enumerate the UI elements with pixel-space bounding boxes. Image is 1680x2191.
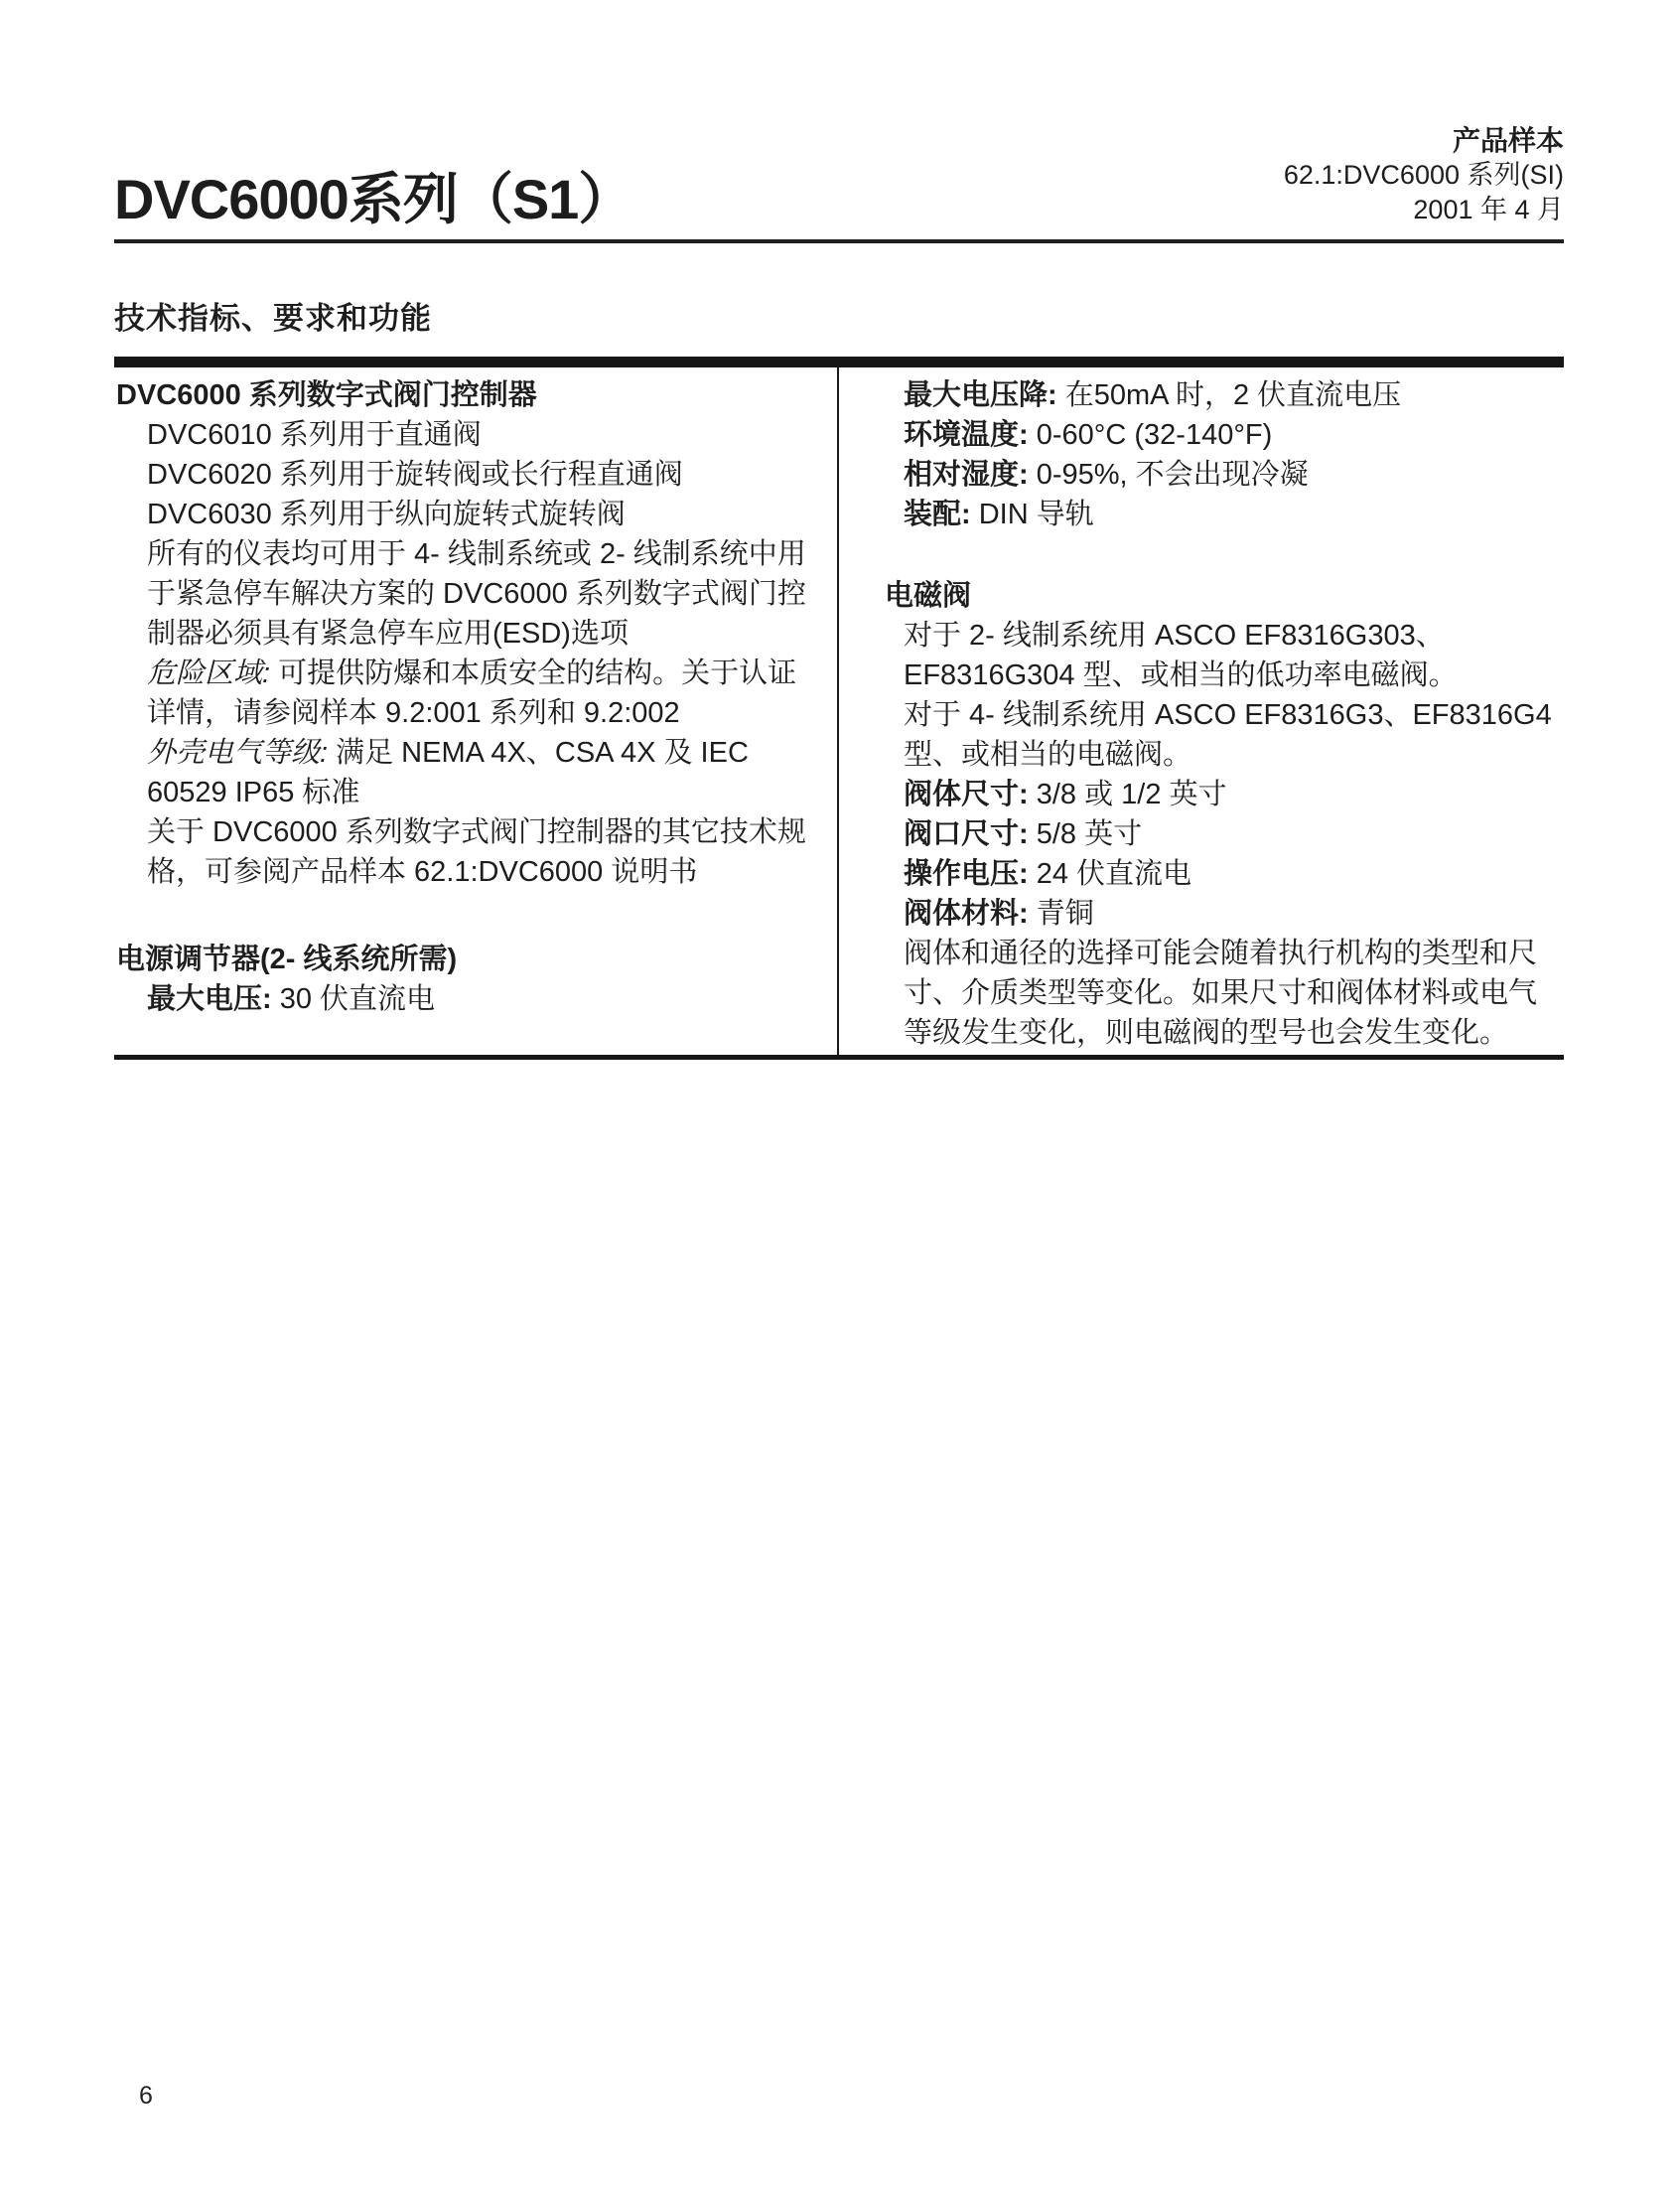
hazardous-area-label: 危险区域: bbox=[147, 657, 270, 689]
left-column: DVC6000 系列数字式阀门控制器 DVC6010 系列用于直通阀 DVC60… bbox=[114, 367, 837, 1055]
line-dvc6020: DVC6020 系列用于旋转阀或长行程直通阀 bbox=[147, 455, 815, 495]
spec-ambient-temperature: 环境温度: 0-60°C (32-140°F) bbox=[904, 415, 1564, 455]
para-valve-selection-note: 阀体和通径的选择可能会随着执行机构的类型和尺寸、介质类型等变化。如果尺寸和阀体材… bbox=[904, 934, 1564, 1053]
housing-rating-label: 外壳电气等级: bbox=[147, 737, 328, 769]
valve-body-material-label: 阀体材料: bbox=[904, 898, 1029, 930]
valve-body-size-label: 阀体尺寸: bbox=[904, 779, 1029, 810]
right-block-solenoid: 对于 2- 线制系统用 ASCO EF8316G303、EF8316G304 型… bbox=[904, 616, 1564, 1053]
spec-max-voltage: 最大电压: 30 伏直流电 bbox=[147, 979, 815, 1019]
doc-date: 2001 年 4 月 bbox=[1284, 193, 1564, 227]
page-number: 6 bbox=[139, 2082, 153, 2111]
left-block-controller: DVC6010 系列用于直通阀 DVC6020 系列用于旋转阀或长行程直通阀 D… bbox=[147, 415, 815, 892]
bottom-rule bbox=[114, 1055, 1564, 1060]
relative-humidity-value: 0-95%, 不会出现冷凝 bbox=[1029, 459, 1309, 491]
line-dvc6010: DVC6010 系列用于直通阀 bbox=[147, 415, 815, 455]
line-dvc6030: DVC6030 系列用于纵向旋转式旋转阀 bbox=[147, 495, 815, 534]
spec-operating-voltage: 操作电压: 24 伏直流电 bbox=[904, 854, 1564, 894]
spec-relative-humidity: 相对湿度: 0-95%, 不会出现冷凝 bbox=[904, 455, 1564, 495]
spec-valve-body-material: 阀体材料: 青铜 bbox=[904, 894, 1564, 934]
mounting-value: DIN 导轨 bbox=[971, 499, 1094, 530]
left-heading-power-conditioner: 电源调节器(2- 线系统所需) bbox=[116, 940, 815, 979]
para-hazardous-area: 危险区域: 可提供防爆和本质安全的结构。关于认证详情，请参阅样本 9.2:001… bbox=[147, 654, 815, 733]
para-4wire-solenoid: 对于 4- 线制系统用 ASCO EF8316G3、EF8316G4 型、或相当… bbox=[904, 695, 1564, 775]
page-header: DVC6000系列（S1） 产品样本 62.1:DVC6000 系列(SI) 2… bbox=[114, 0, 1564, 227]
spec-valve-body-size: 阀体尺寸: 3/8 或 1/2 英寸 bbox=[904, 775, 1564, 814]
section-heading: 技术指标、要求和功能 bbox=[114, 293, 1564, 338]
title-rule bbox=[114, 239, 1564, 243]
doc-ref: 62.1:DVC6000 系列(SI) bbox=[1284, 158, 1564, 193]
max-voltage-drop-label: 最大电压降: bbox=[904, 379, 1057, 411]
right-block-electrical: 最大电压降: 在50mA 时，2 伏直流电压 环境温度: 0-60°C (32-… bbox=[904, 375, 1564, 534]
valve-body-size-value: 3/8 或 1/2 英寸 bbox=[1029, 779, 1227, 810]
ambient-temperature-value: 0-60°C (32-140°F) bbox=[1029, 419, 1273, 451]
para-other-specs: 关于 DVC6000 系列数字式阀门控制器的其它技术规格，可参阅产品样本 62.… bbox=[147, 812, 815, 892]
valve-port-size-label: 阀口尺寸: bbox=[904, 818, 1029, 850]
operating-voltage-value: 24 伏直流电 bbox=[1029, 858, 1191, 890]
right-column: 最大电压降: 在50mA 时，2 伏直流电压 环境温度: 0-60°C (32-… bbox=[839, 367, 1564, 1055]
spec-columns: DVC6000 系列数字式阀门控制器 DVC6010 系列用于直通阀 DVC60… bbox=[114, 367, 1564, 1055]
valve-body-material-value: 青铜 bbox=[1029, 898, 1094, 930]
spec-max-voltage-drop: 最大电压降: 在50mA 时，2 伏直流电压 bbox=[904, 375, 1564, 415]
valve-port-size-value: 5/8 英寸 bbox=[1029, 818, 1142, 850]
para-esd-option: 所有的仪表均可用于 4- 线制系统或 2- 线制系统中用于紧急停车解决方案的 D… bbox=[147, 534, 815, 654]
para-housing-rating: 外壳电气等级: 满足 NEMA 4X、CSA 4X 及 IEC 60529 IP… bbox=[147, 733, 815, 812]
max-voltage-drop-value: 在50mA 时，2 伏直流电压 bbox=[1057, 379, 1401, 411]
doc-type: 产品样本 bbox=[1284, 123, 1564, 158]
spec-valve-port-size: 阀口尺寸: 5/8 英寸 bbox=[904, 814, 1564, 854]
relative-humidity-label: 相对湿度: bbox=[904, 459, 1029, 491]
header-meta: 产品样本 62.1:DVC6000 系列(SI) 2001 年 4 月 bbox=[1284, 123, 1564, 227]
section-bar bbox=[114, 357, 1564, 367]
left-heading-controller-series: DVC6000 系列数字式阀门控制器 bbox=[116, 375, 815, 415]
document-page: DVC6000系列（S1） 产品样本 62.1:DVC6000 系列(SI) 2… bbox=[0, 0, 1680, 2191]
operating-voltage-label: 操作电压: bbox=[904, 858, 1029, 890]
right-heading-solenoid-valve: 电磁阀 bbox=[885, 576, 1564, 616]
mounting-label: 装配: bbox=[904, 499, 971, 530]
page-title: DVC6000系列（S1） bbox=[114, 172, 632, 227]
max-voltage-value: 30 伏直流电 bbox=[272, 983, 435, 1015]
left-block-power-conditioner: 最大电压: 30 伏直流电 bbox=[147, 979, 815, 1019]
para-2wire-solenoid: 对于 2- 线制系统用 ASCO EF8316G303、EF8316G304 型… bbox=[904, 616, 1564, 695]
spec-mounting: 装配: DIN 导轨 bbox=[904, 495, 1564, 534]
ambient-temperature-label: 环境温度: bbox=[904, 419, 1029, 451]
max-voltage-label: 最大电压: bbox=[147, 983, 272, 1015]
